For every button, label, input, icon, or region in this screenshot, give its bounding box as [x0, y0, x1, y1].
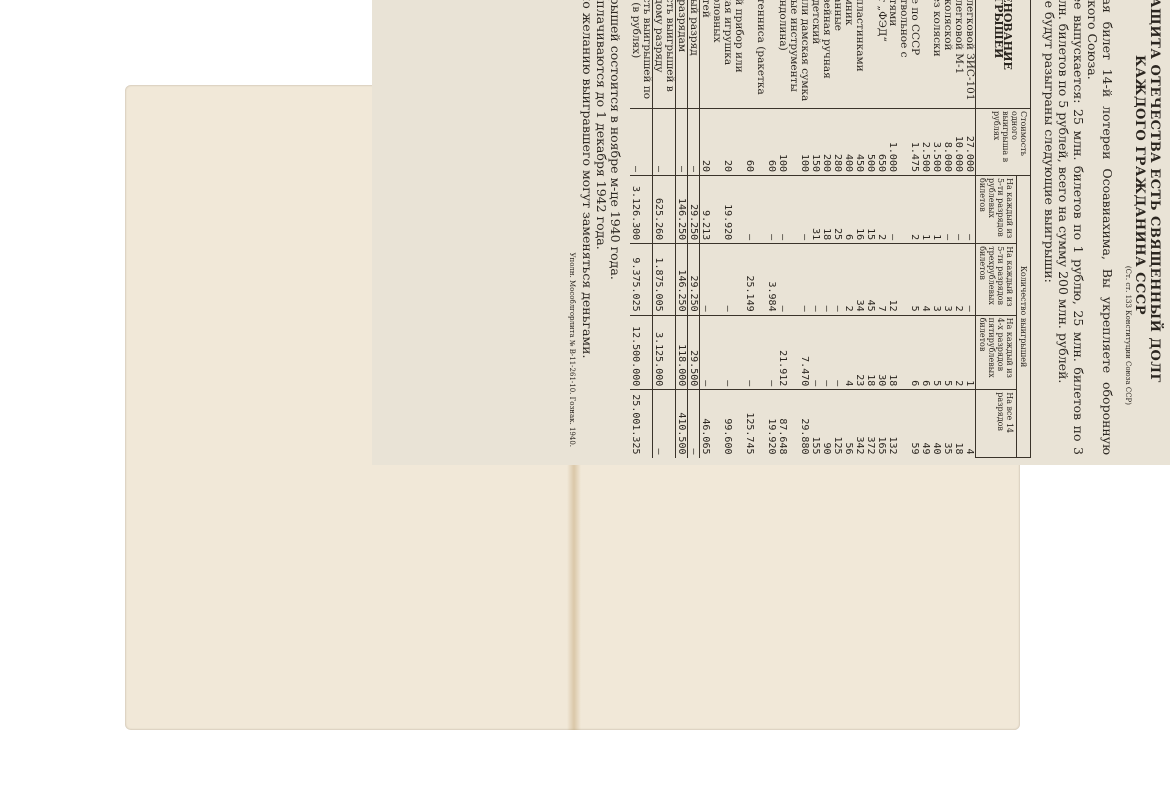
table-row: 3. Мотоцикл с коляской8.000—3535: [943, 0, 954, 458]
table-row: 12. Часы карманные28025——125: [833, 0, 844, 458]
prize-name: Общая стоимость выигрышей в рублях по ка…: [653, 0, 676, 109]
qty-5rub: 5: [932, 315, 943, 390]
prize-name: 20. Набор рыболовных принадлежностей: [700, 0, 723, 109]
prize-name: Итого по всем разрядам: [676, 0, 688, 109]
qty-1rub: —: [954, 176, 965, 244]
cost-value: —: [653, 109, 676, 176]
footer-notes: Тираж выигрышей состоится в ноябре м-це …: [581, 0, 623, 453]
qty-1rub: 15: [866, 176, 877, 244]
header-all: На все 14 разрядов: [976, 390, 1017, 458]
qty-3rub: 5: [910, 244, 921, 315]
qty-3rub: —: [778, 244, 800, 315]
qty-5rub: 6: [910, 315, 921, 390]
qty-all: 125: [833, 390, 844, 458]
cost-value: 400: [844, 109, 855, 176]
qty-3rub: 4: [921, 244, 932, 315]
qty-all: 40: [932, 390, 943, 458]
cost-value: 20: [700, 109, 723, 176]
qty-1rub: —: [745, 176, 767, 244]
prize-name: 4. Мотоцикл без коляски: [932, 0, 943, 109]
prize-name: Итого на каждый разряд: [688, 0, 700, 109]
cost-value: 10.000: [954, 109, 965, 176]
qty-1rub: 625.260: [653, 176, 676, 244]
cost-value: —: [631, 109, 654, 176]
qty-1rub: 2: [910, 176, 921, 244]
prize-name: 14. Велосипед детский: [811, 0, 822, 109]
cost-value: 60: [745, 109, 767, 176]
qty-3rub: —: [833, 244, 844, 315]
payment-deadline: Выигрыши оплачиваются до 1 декабря 1942 …: [595, 0, 609, 453]
title-line-1: ЗАЩИТА ОТЕЧЕСТВА ЕСТЬ СВЯЩЕННЫЙ ДОЛГ: [1147, 0, 1162, 465]
cost-value: 150: [811, 109, 822, 176]
qty-1rub: 9.213: [700, 176, 723, 244]
qty-3rub: —: [822, 244, 833, 315]
qty-all: 342: [855, 390, 866, 458]
qty-1rub: —: [888, 176, 910, 244]
qty-5rub: 21.912: [778, 315, 800, 390]
header-prize-name: НАИМЕНОВАНИЕ ВЫИГРЫШЕЙ: [976, 0, 1031, 109]
ticket-back-rotated: ЗАЩИТА ОТЕЧЕСТВА ЕСТЬ СВЯЩЕННЫЙ ДОЛГ КАЖ…: [322, 0, 1170, 505]
total-row: Итого на каждый разряд—29.25029.25029.50…: [688, 0, 700, 458]
qty-1rub: 25: [833, 176, 844, 244]
qty-1rub: 6: [844, 176, 855, 244]
cost-value: 280: [833, 109, 844, 176]
prize-name: 12. Часы карманные: [833, 0, 844, 109]
table-row: 2. Автомобиль легковой М-110.000—2218: [954, 0, 965, 458]
qty-3rub: —: [811, 244, 822, 315]
cost-value: 500: [866, 109, 877, 176]
cost-value: 450: [855, 109, 866, 176]
qty-3rub: 1.875.005: [653, 244, 676, 315]
qty-1rub: —: [800, 176, 811, 244]
prize-name: Общая стоимость выигрышей по всем разряд…: [631, 0, 654, 109]
qty-3rub: 146.250: [676, 244, 688, 315]
table-row: 19. Бритвенный прибор или военизированна…: [723, 0, 745, 458]
prize-name: 2. Автомобиль легковой М-1: [954, 0, 965, 109]
qty-5rub: —: [811, 315, 822, 390]
constitution-citation: (Ст. ст. 133 Конституции Союза ССР): [1124, 0, 1132, 405]
cost-value: —: [676, 109, 688, 176]
header-3rub: На каждый из 5-ти разрядов трехрублевых …: [976, 244, 1017, 315]
intro-text: Приобретая билет 14-й лотереи Осоавиахим…: [1042, 0, 1115, 455]
table-row: 20. Набор рыболовных принадлежностей209.…: [700, 0, 723, 458]
intro-paragraph: По лотерее будут разыграны следующие выи…: [1042, 0, 1057, 455]
cost-value: 8.000: [943, 109, 954, 176]
qty-5rub: 1: [965, 315, 977, 390]
qty-1rub: —: [767, 176, 778, 244]
prize-name: 3. Мотоцикл с коляской: [943, 0, 954, 109]
table-row: 5. Пианино2.50014649: [921, 0, 932, 458]
qty-all: 35: [943, 390, 954, 458]
prize-name: 5. Пианино: [921, 0, 932, 109]
qty-all: 4: [965, 390, 977, 458]
prize-name: 1. Автомобиль легковой ЗИС-101: [965, 0, 977, 109]
prize-name: 11. Радиоприемник: [844, 0, 855, 109]
prize-name: 19. Бритвенный прибор или военизированна…: [723, 0, 745, 109]
total-row: Итого по всем разрядам—146.250146.250118…: [676, 0, 688, 458]
qty-3rub: 12: [888, 244, 910, 315]
qty-1rub: 18: [822, 176, 833, 244]
qty-1rub: 1: [932, 176, 943, 244]
qty-1rub: 16: [855, 176, 866, 244]
print-area: ЗАЩИТА ОТЕЧЕСТВА ЕСТЬ СВЯЩЕННЫЙ ДОЛГ КАЖ…: [372, 0, 1170, 465]
qty-3rub: 34: [855, 244, 866, 315]
table-row: 10. Патефон с пластинками450163423342: [855, 0, 866, 458]
qty-3rub: —: [723, 244, 745, 315]
qty-3rub: 2: [844, 244, 855, 315]
qty-all: 19.920: [767, 390, 778, 458]
prize-name: 17. Готовальня: [767, 0, 778, 109]
cost-value: 2.500: [921, 109, 932, 176]
qty-all: 29.880: [800, 390, 811, 458]
cost-value: —: [688, 109, 700, 176]
qty-5rub: 5: [943, 315, 954, 390]
table-row: 17. Готовальня60—3.984—19.920: [767, 0, 778, 458]
qty-all: 155: [811, 390, 822, 458]
table-row: 11. Радиоприемник40062456: [844, 0, 855, 458]
intro-paragraph: По лотерее выпускается: 25 млн. билетов …: [1056, 0, 1085, 455]
header-1rub: На каждый из 5-ти разрядов рублевых биле…: [976, 176, 1017, 244]
prize-table: НАИМЕНОВАНИЕ ВЫИГРЫШЕЙ Стоимость одного …: [631, 0, 1032, 458]
qty-3rub: 3: [932, 244, 943, 315]
qty-5rub: 118.000: [676, 315, 688, 390]
prize-name: 10. Патефон с пластинками: [855, 0, 866, 109]
prize-name: 7. Ружье двухствольное с принадлежностям…: [888, 0, 910, 109]
prize-name: 13. Машина швейная ручная: [822, 0, 833, 109]
cost-value: 200: [822, 109, 833, 176]
qty-1rub: 29.250: [688, 176, 700, 244]
qty-5rub: 29.500: [688, 315, 700, 390]
qty-5rub: 12.500.000: [631, 315, 654, 390]
qty-5rub: —: [767, 315, 778, 390]
prize-name: 16. Музыкальные инструменты (гитара или …: [778, 0, 800, 109]
cost-value: 1.000: [888, 109, 910, 176]
cost-value: 100: [800, 109, 811, 176]
cost-value: 1.475: [910, 109, 921, 176]
header-cost: Стоимость одного выигрыша в рублях: [976, 109, 1031, 176]
qty-3rub: 9.375.025: [631, 244, 654, 315]
qty-5rub: —: [700, 315, 723, 390]
table-row: 13. Машина швейная ручная20018——90: [822, 0, 833, 458]
qty-all: —: [688, 390, 700, 458]
qty-1rub: 19.920: [723, 176, 745, 244]
qty-all: 18: [954, 390, 965, 458]
qty-all: 132: [888, 390, 910, 458]
table-row: 8. Фотоаппарат „ФЭД“6502730165: [877, 0, 888, 458]
qty-3rub: —: [700, 244, 723, 315]
qty-3rub: 29.250: [688, 244, 700, 315]
qty-1rub: —: [965, 176, 977, 244]
cash-option: Выигрыши по желанию выигравшего могут за…: [581, 0, 595, 453]
qty-all: 372: [866, 390, 877, 458]
qty-all: 49: [921, 390, 932, 458]
qty-3rub: —: [965, 244, 977, 315]
cost-value: 100: [778, 109, 800, 176]
prize-name: 8. Фотоаппарат „ФЭД“: [877, 0, 888, 109]
cost-value: 20: [723, 109, 745, 176]
qty-all: 25.001.325: [631, 390, 654, 458]
table-row: 18. Набор для тенниса (ракетка и мяч)60—…: [745, 0, 767, 458]
total-row: Общая стоимость выигрышей по всем разряд…: [631, 0, 654, 458]
table-row: 16. Музыкальные инструменты (гитара или …: [778, 0, 800, 458]
header-quantity: Количество выигрышей: [1017, 176, 1031, 458]
printer-imprint: Уполн. Мособлгорлита № В-11-261-10. Гозн…: [569, 0, 577, 447]
qty-5rub: 4: [844, 315, 855, 390]
qty-all: 59: [910, 390, 921, 458]
qty-3rub: —: [800, 244, 811, 315]
qty-5rub: 23: [855, 315, 866, 390]
table-row: 7. Ружье двухствольное с принадлежностям…: [888, 0, 910, 458]
qty-5rub: —: [833, 315, 844, 390]
title: ЗАЩИТА ОТЕЧЕСТВА ЕСТЬ СВЯЩЕННЫЙ ДОЛГ КАЖ…: [1132, 0, 1162, 465]
qty-3rub: 3.984: [767, 244, 778, 315]
qty-1rub: 3.126.300: [631, 176, 654, 244]
qty-1rub: 1: [921, 176, 932, 244]
qty-all: 90: [822, 390, 833, 458]
qty-3rub: 7: [877, 244, 888, 315]
qty-5rub: 6: [921, 315, 932, 390]
cost-value: 650: [877, 109, 888, 176]
qty-3rub: 3: [943, 244, 954, 315]
qty-all: 165: [877, 390, 888, 458]
qty-all: 410.500: [676, 390, 688, 458]
qty-5rub: 30: [877, 315, 888, 390]
qty-1rub: —: [943, 176, 954, 244]
cost-value: 60: [767, 109, 778, 176]
qty-all: —: [653, 390, 676, 458]
intro-paragraph: Приобретая билет 14-й лотереи Осоавиахим…: [1085, 0, 1114, 455]
header-5rub: На каждый из 4-х разрядов пятирублевых б…: [976, 315, 1017, 390]
table-row: 4. Мотоцикл без коляски3.50013540: [932, 0, 943, 458]
qty-5rub: 18: [888, 315, 910, 390]
qty-1rub: 146.250: [676, 176, 688, 244]
cost-value: 27.000: [965, 109, 977, 176]
qty-5rub: 7.470: [800, 315, 811, 390]
total-row: Общая стоимость выигрышей в рублях по ка…: [653, 0, 676, 458]
cost-value: 3.500: [932, 109, 943, 176]
qty-5rub: —: [723, 315, 745, 390]
qty-all: 99.600: [723, 390, 745, 458]
qty-5rub: 18: [866, 315, 877, 390]
table-row: 9. Велосипед500154518372: [866, 0, 877, 458]
table-row: 14. Велосипед детский15031——155: [811, 0, 822, 458]
qty-5rub: 3.125.000: [653, 315, 676, 390]
draw-date: Тираж выигрышей состоится в ноябре м-це …: [609, 0, 623, 453]
qty-1rub: —: [778, 176, 800, 244]
prize-name: 15. Портфель или дамская сумка: [800, 0, 811, 109]
qty-all: 87.648: [778, 390, 800, 458]
qty-5rub: —: [745, 315, 767, 390]
qty-3rub: 45: [866, 244, 877, 315]
table-row: 1. Автомобиль легковой ЗИС-10127.000——14: [965, 0, 977, 458]
qty-1rub: 31: [811, 176, 822, 244]
qty-all: 56: [844, 390, 855, 458]
title-line-2: КАЖДОГО ГРАЖДАНИНА СССР: [1132, 0, 1147, 465]
qty-1rub: 2: [877, 176, 888, 244]
qty-3rub: 2: [954, 244, 965, 315]
qty-3rub: 25.149: [745, 244, 767, 315]
qty-5rub: —: [822, 315, 833, 390]
qty-5rub: 2: [954, 315, 965, 390]
qty-all: 125.745: [745, 390, 767, 458]
prize-name: 9. Велосипед: [866, 0, 877, 109]
prize-name: 18. Набор для тенниса (ракетка и мяч): [745, 0, 767, 109]
table-row: 6. Путешествие по СССР1.47525659: [910, 0, 921, 458]
qty-all: 46.065: [700, 390, 723, 458]
table-row: 15. Портфель или дамская сумка100——7.470…: [800, 0, 811, 458]
prize-name: 6. Путешествие по СССР: [910, 0, 921, 109]
